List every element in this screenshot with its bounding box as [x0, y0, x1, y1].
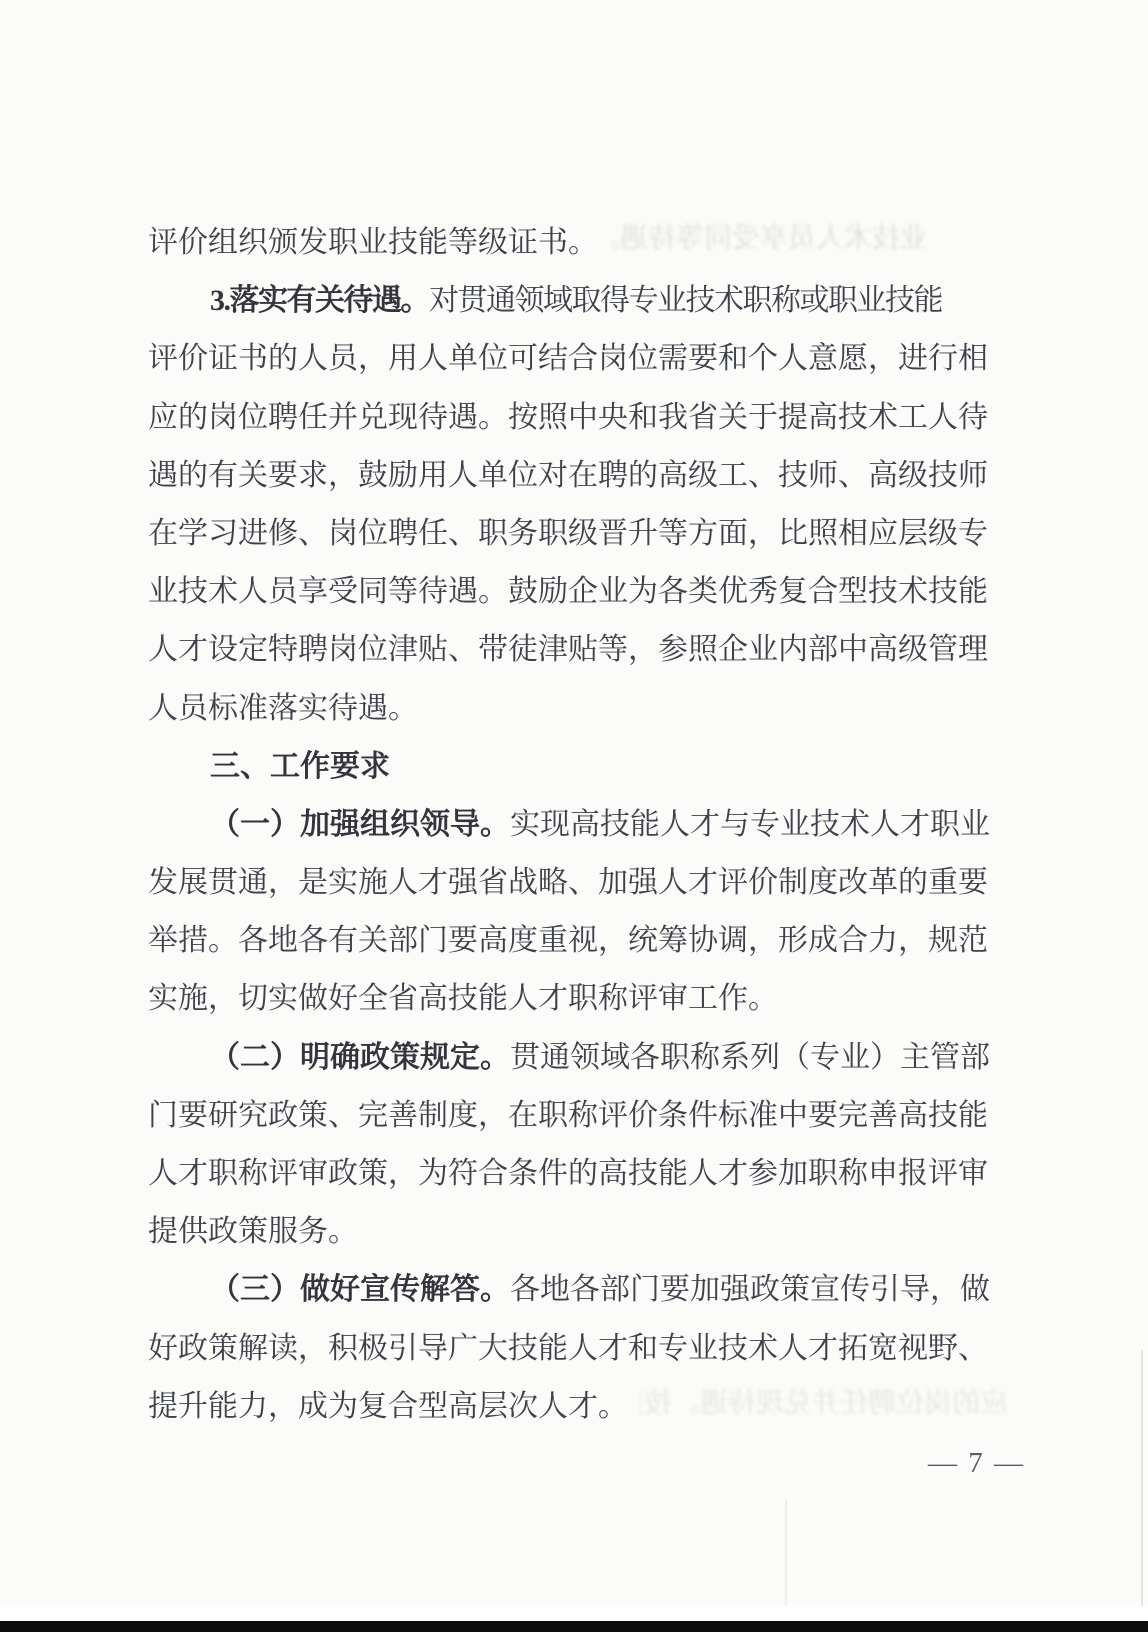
body-text: 提供政策服务。 — [148, 1215, 358, 1248]
body-line: 好政策解读，积极引导广大技能人才和专业技术人才拓宽视野、 — [148, 1320, 1000, 1378]
body-text: 举措。各地各有关部门要高度重视，统筹协调，形成合力，规范 — [148, 924, 988, 957]
body-line: 提升能力，成为复合型高层次人才。 — [148, 1378, 1000, 1436]
body-line: 人员标准落实待遇。 — [148, 680, 1000, 738]
body-text: 业技术人员享受同等待遇。鼓励企业为各类优秀复合型技术技能 — [148, 575, 988, 608]
body-line: 评价证书的人员，用人单位可结合岗位需要和个人意愿，进行相 — [148, 330, 1000, 388]
body-text: 发展贯通，是实施人才强省战略、加强人才评价制度改革的重要 — [148, 866, 988, 899]
scan-fold-line — [785, 1500, 787, 1621]
scan-edge-strip — [0, 1606, 1148, 1621]
body-text: 好政策解读，积极引导广大技能人才和专业技术人才拓宽视野、 — [148, 1332, 988, 1365]
section-3-heading: 三、工作要求 — [210, 750, 390, 783]
paragraph-start-line: （二）明确政策规定。贯通领域各职称系列（专业）主管部 — [148, 1029, 1000, 1087]
scan-fold-line — [1141, 1350, 1143, 1632]
body-line: 应的岗位聘任并兑现待遇。按照中央和我省关于提高技术工人待 — [148, 389, 1000, 447]
body-text: 提升能力，成为复合型高层次人才。 — [148, 1390, 628, 1423]
body-line: 业技术人员享受同等待遇。鼓励企业为各类优秀复合型技术技能 — [148, 563, 1000, 621]
body-text: 人员标准落实待遇。 — [148, 692, 418, 725]
paragraph-start-line: 3.落实有关待遇。对贯通领域取得专业技术职称或职业技能 — [148, 272, 1000, 330]
body-line: 实施，切实做好全省高技能人才职称评审工作。 — [148, 970, 1000, 1028]
body-text: 各地各部门要加强政策宣传引导，做 — [510, 1273, 990, 1306]
section-heading-line: 三、工作要求 — [148, 738, 1000, 796]
subsection-3-heading: （三）做好宣传解答。 — [210, 1273, 510, 1306]
scanned-document-page: 业技术人员享受同等待遇。鼓励企业为各类优秀复合型技术技能 应的岗位聘任并兑现待遇… — [0, 0, 1148, 1632]
body-text: 实施，切实做好全省高技能人才职称评审工作。 — [148, 982, 778, 1015]
body-text: 遇的有关要求，鼓励用人单位对在聘的高级工、技师、高级技师 — [148, 459, 988, 492]
body-text: 在学习进修、岗位聘任、职务职级晋升等方面，比照相应层级专 — [148, 517, 988, 550]
item-3-heading: 3.落实有关待遇。 — [210, 284, 429, 317]
subsection-2-heading: （二）明确政策规定。 — [210, 1041, 510, 1074]
subsection-1-heading: （一）加强组织领导。 — [210, 808, 510, 841]
body-text: 评价组织颁发职业技能等级证书。 — [148, 226, 598, 259]
scan-edge-bar — [0, 1621, 1148, 1632]
body-text: 应的岗位聘任并兑现待遇。按照中央和我省关于提高技术工人待 — [148, 401, 988, 434]
body-line: 发展贯通，是实施人才强省战略、加强人才评价制度改革的重要 — [148, 854, 1000, 912]
paragraph-start-line: （三）做好宣传解答。各地各部门要加强政策宣传引导，做 — [148, 1261, 1000, 1319]
body-text: 评价证书的人员，用人单位可结合岗位需要和个人意愿，进行相 — [148, 342, 988, 375]
body-text: 对贯通领域取得专业技术职称或职业技能 — [429, 284, 942, 317]
body-line: 人才设定特聘岗位津贴、带徒津贴等，参照企业内部中高级管理 — [148, 621, 1000, 679]
body-line: 举措。各地各有关部门要高度重视，统筹协调，形成合力，规范 — [148, 912, 1000, 970]
body-text: 人才设定特聘岗位津贴、带徒津贴等，参照企业内部中高级管理 — [148, 633, 988, 666]
body-line: 提供政策服务。 — [148, 1203, 1000, 1261]
document-text-block: 评价组织颁发职业技能等级证书。 3.落实有关待遇。对贯通领域取得专业技术职称或职… — [148, 214, 1000, 1436]
body-text: 人才职称评审政策，为符合条件的高技能人才参加职称申报评审 — [148, 1157, 988, 1190]
body-line: 遇的有关要求，鼓励用人单位对在聘的高级工、技师、高级技师 — [148, 447, 1000, 505]
page-number: — 7 — — [928, 1446, 1018, 1480]
body-line: 评价组织颁发职业技能等级证书。 — [148, 214, 1000, 272]
body-text: 实现高技能人才与专业技术人才职业 — [510, 808, 990, 841]
body-line: 门要研究政策、完善制度，在职称评价条件标准中要完善高技能 — [148, 1087, 1000, 1145]
body-text: 门要研究政策、完善制度，在职称评价条件标准中要完善高技能 — [148, 1099, 988, 1132]
paragraph-start-line: （一）加强组织领导。实现高技能人才与专业技术人才职业 — [148, 796, 1000, 854]
body-line: 人才职称评审政策，为符合条件的高技能人才参加职称申报评审 — [148, 1145, 1000, 1203]
body-text: 贯通领域各职称系列（专业）主管部 — [510, 1041, 990, 1074]
body-line: 在学习进修、岗位聘任、职务职级晋升等方面，比照相应层级专 — [148, 505, 1000, 563]
